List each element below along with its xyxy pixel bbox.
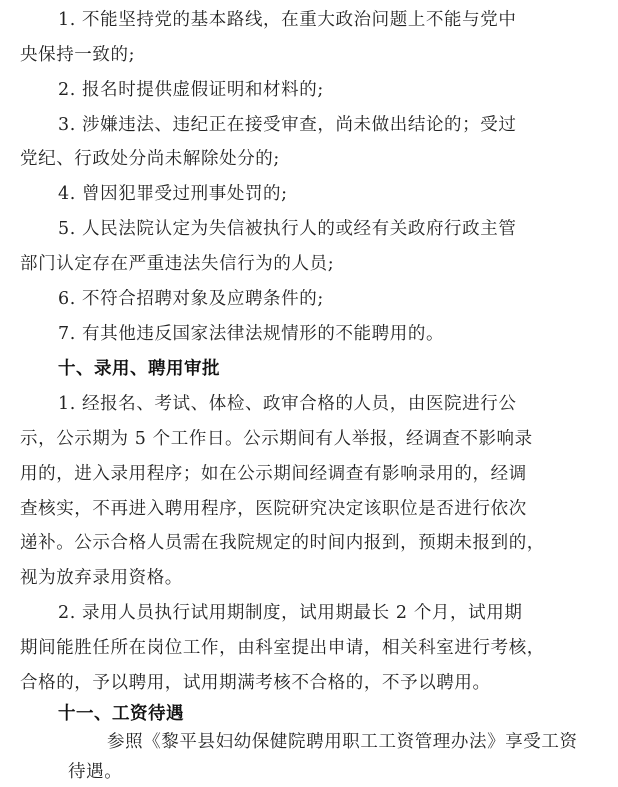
paragraph-line: 2. 报名时提供虚假证明和材料的; (58, 79, 324, 101)
paragraph-line: 合格的，予以聘用，试用期满考核不合格的，不予以聘用。 (20, 672, 491, 694)
paragraph-line: 用的，进入录用程序；如在公示期间经调查有影响录用的，经调 (20, 463, 527, 485)
paragraph-line: 期间能胜任所在岗位工作，由科室提出申请，相关科室进行考核， (20, 637, 545, 659)
paragraph-line: 递补。公示合格人员需在我院规定的时间内报到，预期未报到的， (20, 532, 545, 554)
paragraph-line: 1. 不能坚持党的基本路线，在重大政治问题上不能与党中 (58, 9, 516, 31)
paragraph-line: 示，公示期为 5 个工作日。公示期间有人举报，经调查不影响录 (20, 428, 533, 450)
paragraph-line: 查核实，不再进入聘用程序，医院研究决定该职位是否进行依次 (20, 498, 527, 520)
paragraph-line: 1. 经报名、考试、体检、政审合格的人员，由医院进行公 (58, 393, 516, 415)
paragraph-line: 党纪、行政处分尚未解除处分的; (20, 148, 280, 170)
paragraph-line: 6. 不符合招聘对象及应聘条件的; (58, 288, 324, 310)
paragraph-line: 5. 人民法院认定为失信被执行人的或经有关政府行政主管 (58, 218, 516, 240)
paragraph-line: 视为放弃录用资格。 (20, 567, 183, 589)
paragraph-line: 部门认定存在严重违法失信行为的人员; (20, 253, 334, 275)
paragraph-line: 参照《黎平县妇幼保健院聘用职工工资管理办法》享受工资 (107, 731, 578, 753)
paragraph-line: 2. 录用人员执行试用期制度，试用期最长 2 个月，试用期 (58, 602, 522, 624)
paragraph-line: 3. 涉嫌违法、违纪正在接受审查，尚未做出结论的；受过 (58, 114, 516, 136)
paragraph-line: 7. 有其他违反国家法律法规情形的不能聘用的。 (58, 323, 444, 345)
paragraph-line: 4. 曾因犯罪受过刑事处罚的; (58, 183, 288, 205)
section-heading-10: 十、录用、聘用审批 (58, 358, 220, 380)
paragraph-line: 央保持一致的; (20, 44, 135, 66)
paragraph-line: 待遇。 (68, 761, 122, 783)
section-heading-11: 十一、工资待遇 (58, 703, 184, 725)
